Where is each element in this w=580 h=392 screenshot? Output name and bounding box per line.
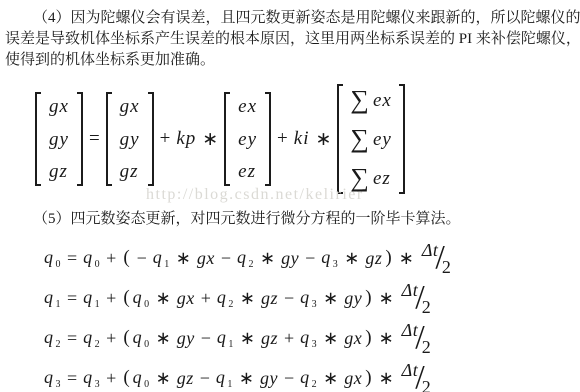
matrix-cell: gx (120, 97, 140, 116)
math-variable: q0 (44, 247, 61, 270)
math-variable: q2 (83, 327, 100, 350)
equals-sign: = (89, 128, 100, 150)
matrix-error-vector: ex ey ez (224, 92, 271, 186)
math-variable: q2 (237, 247, 254, 270)
delta-t-over-2-fraction: Δt/2 (402, 368, 431, 389)
math-operator: + (106, 328, 116, 349)
math-variable: q1 (44, 287, 61, 310)
matrix-cell: gz (120, 162, 140, 181)
delta-t-over-2-fraction: Δt/2 (402, 288, 431, 309)
multiply-sign: ∗ (202, 128, 218, 151)
matrix-rhs-gyro-vector: gx gy gz (106, 92, 154, 186)
matrix-error-sum-vector: ∑ ex ∑ ey ∑ ez (337, 84, 404, 194)
math-variable: q1 (83, 287, 100, 310)
math-operator: ∗ (156, 328, 171, 349)
quaternion-equation-q3: q3=q3+(q0∗gz−q1∗gy−q2∗gx)∗Δt/2 (43, 358, 575, 392)
matrix-cell: gx (49, 97, 69, 116)
math-variable: gz (365, 248, 382, 269)
math-variable: q0 (83, 247, 100, 270)
quaternion-equations: q0=q0+(−q1∗gx−q2∗gy−q3∗gz)∗Δt/2 q1=q1+(q… (43, 238, 575, 392)
math-variable: q1 (153, 247, 170, 270)
matrix-cells: ∑ ex ∑ ey ∑ ez (343, 84, 398, 194)
math-variable: gx (344, 368, 362, 389)
math-operator: ∗ (344, 248, 359, 269)
math-operator: ∗ (379, 368, 394, 389)
math-operator: + (201, 288, 211, 309)
math-variable: q2 (300, 367, 317, 390)
paragraph-4-line-1: （4）因为陀螺仪会有误差，且四元数更新姿态是用陀螺仪来跟新的，所以陀螺仪的 (5, 8, 575, 29)
parenthesis: ( (123, 247, 129, 269)
matrix-cell: gz (49, 162, 69, 181)
matrix-cell: ey (373, 130, 392, 149)
parenthesis: ) (385, 247, 391, 269)
delta-t-over-2-fraction: Δt/2 (402, 328, 431, 349)
math-variable: gz (261, 288, 278, 309)
matrix-bracket-right (77, 92, 83, 186)
math-variable: gy (177, 328, 195, 349)
matrix-cells: ex ey ez (230, 92, 265, 186)
math-operator: ∗ (240, 328, 255, 349)
math-operator: + (106, 248, 116, 269)
math-variable: gz (177, 368, 194, 389)
gyro-pi-matrix-equation: gx gy gz = gx gy gz + kp ∗ ex ey ez (35, 83, 575, 195)
math-variable: gz (261, 328, 278, 349)
math-variable: gx (177, 288, 195, 309)
math-variable: q3 (83, 367, 100, 390)
watermark-url: http://blog.csdn.net/kelirier (146, 186, 364, 204)
math-operator: − (305, 248, 315, 269)
matrix-cell: ez (238, 162, 257, 181)
sigma-icon: ∑ (350, 126, 369, 152)
matrix-bracket-right (399, 84, 405, 194)
math-variable: q1 (216, 367, 233, 390)
math-variable: q3 (44, 367, 61, 390)
multiply-sign: ∗ (315, 128, 331, 151)
sigma-icon: ∑ (350, 87, 369, 113)
matrix-cell: gy (120, 130, 140, 149)
math-operator: = (67, 328, 77, 349)
paragraph-4: （4）因为陀螺仪会有误差，且四元数更新姿态是用陀螺仪来跟新的，所以陀螺仪的 误差… (5, 8, 575, 71)
math-variable: gx (197, 248, 215, 269)
math-operator: ∗ (239, 368, 254, 389)
math-variable: q1 (217, 327, 234, 350)
parenthesis: ) (365, 287, 371, 309)
math-operator: − (200, 368, 210, 389)
paragraph-5: （5）四元数姿态更新，对四元数进行微分方程的一阶毕卡算法。 (5, 209, 575, 230)
math-operator: ∗ (323, 328, 338, 349)
math-variable: q3 (321, 247, 338, 270)
parenthesis: ) (365, 327, 371, 349)
math-operator: − (221, 248, 231, 269)
math-variable: q0 (133, 327, 150, 350)
math-operator: ∗ (379, 288, 394, 309)
math-operator: − (137, 248, 147, 269)
math-variable: gy (281, 248, 299, 269)
math-operator: + (106, 288, 116, 309)
math-operator: = (67, 288, 77, 309)
matrix-bracket-right (265, 92, 271, 186)
matrix-cell: ey (238, 130, 257, 149)
plus-sign: + (160, 128, 171, 150)
math-operator: − (284, 368, 294, 389)
math-operator: ∗ (399, 248, 414, 269)
math-variable: gx (344, 328, 362, 349)
math-variable: q0 (133, 287, 150, 310)
math-operator: ∗ (176, 248, 191, 269)
math-operator: ∗ (156, 368, 171, 389)
math-operator: ∗ (323, 368, 338, 389)
quaternion-equation-q1: q1=q1+(q0∗gx+q2∗gz−q3∗gy)∗Δt/2 (43, 278, 575, 318)
kp-coefficient: kp (176, 128, 196, 150)
quaternion-equation-q0: q0=q0+(−q1∗gx−q2∗gy−q3∗gz)∗Δt/2 (43, 238, 575, 278)
parenthesis: ) (365, 367, 371, 389)
math-variable: gy (344, 288, 362, 309)
plus-sign: + (277, 128, 288, 150)
parenthesis: ( (123, 367, 129, 389)
math-operator: ∗ (379, 328, 394, 349)
math-operator: ∗ (260, 248, 275, 269)
matrix-cell: ez (373, 169, 391, 188)
paragraph-4-line-3: 使得到的机体坐标系更加准确。 (5, 50, 575, 71)
math-variable: q0 (133, 367, 150, 390)
math-variable: q2 (217, 287, 234, 310)
matrix-bracket-right (148, 92, 154, 186)
math-operator: = (67, 368, 77, 389)
paragraph-4-line-2: 误差是导致机体坐标系产生误差的根本原因，这里用两坐标系误差的 PI 来补偿陀螺仪… (5, 29, 575, 50)
quaternion-equation-q2: q2=q2+(q0∗gy−q1∗gz+q3∗gx)∗Δt/2 (43, 318, 575, 358)
matrix-cell: ex (373, 91, 392, 110)
math-operator: ∗ (240, 288, 255, 309)
math-variable: q3 (300, 327, 317, 350)
sum-row: ∑ ey (350, 126, 391, 152)
matrix-lhs-gyro-vector: gx gy gz (35, 92, 83, 186)
matrix-cell: ex (238, 97, 257, 116)
math-operator: + (284, 328, 294, 349)
math-operator: − (284, 288, 294, 309)
math-variable: q3 (300, 287, 317, 310)
math-operator: − (201, 328, 211, 349)
document-page: （4）因为陀螺仪会有误差，且四元数更新姿态是用陀螺仪来跟新的，所以陀螺仪的 误差… (0, 0, 580, 392)
parenthesis: ( (123, 327, 129, 349)
matrix-cell: gy (49, 130, 69, 149)
sum-row: ∑ ex (350, 87, 391, 113)
math-operator: + (106, 368, 116, 389)
math-operator: = (67, 248, 77, 269)
matrix-cells: gx gy gz (41, 92, 77, 186)
matrix-cells: gx gy gz (112, 92, 148, 186)
parenthesis: ( (123, 287, 129, 309)
delta-t-over-2-fraction: Δt/2 (422, 248, 451, 269)
math-variable: q2 (44, 327, 61, 350)
math-operator: ∗ (323, 288, 338, 309)
math-operator: ∗ (156, 288, 171, 309)
ki-coefficient: ki (294, 128, 310, 150)
math-variable: gy (260, 368, 278, 389)
